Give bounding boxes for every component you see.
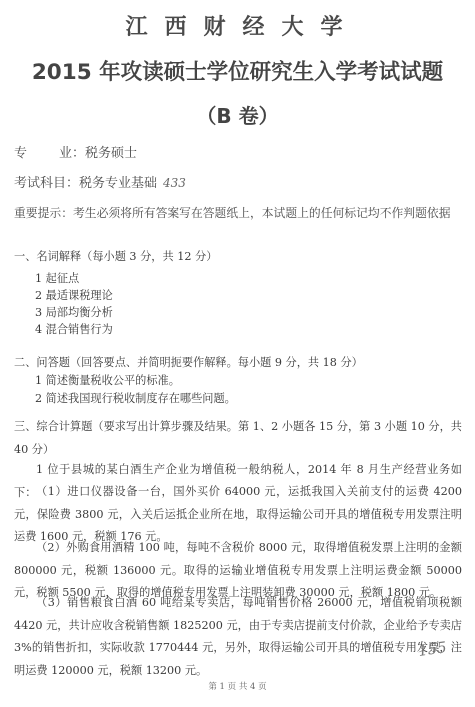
section-2-item: 2 简述我国现行税收制度存在哪些问题。	[35, 390, 236, 406]
major-value: 税务硕士	[85, 146, 137, 161]
major-row: 专业：税务硕士	[14, 142, 137, 161]
subject-label: 考试科目：	[14, 176, 79, 191]
major-label: 专	[14, 146, 27, 161]
section-3-heading: 三、综合计算题（要求写出计算步骤及结果。第 1、2 小题各 15 分，第 3 小…	[14, 416, 462, 461]
section-1-item: 1 起征点	[35, 270, 79, 286]
university-name: 江西财经大学	[0, 10, 475, 41]
section-1-heading: 一、名词解释（每小题 3 分，共 12 分）	[14, 248, 217, 264]
subject-code-handwritten: 433	[163, 176, 186, 190]
subject-row: 考试科目：税务专业基础433	[14, 172, 186, 191]
section-1-item: 2 最适课税理论	[35, 287, 113, 303]
section-1-item: 4 混合销售行为	[35, 321, 113, 337]
exam-page: 江西财经大学 2015 年攻读硕士学位研究生入学考试试题 （B 卷） 专业：税务…	[0, 0, 475, 707]
section-2-item: 1 简述衡量税收公平的标准。	[35, 372, 180, 388]
important-notice: 重要提示：考生必须将所有答案写在答题纸上，本试题上的任何标记均不作判题依据	[14, 204, 451, 221]
subject-value: 税务专业基础	[79, 176, 157, 191]
section-2-heading: 二、问答题（回答要点、并简明扼要作解释。每小题 9 分，共 18 分）	[14, 354, 363, 370]
problem-1-part-3: （3）销售粮食白酒 60 吨给某专卖店，每吨销售价格 26000 元，增值税销项…	[14, 592, 462, 682]
exam-volume: （B 卷）	[0, 100, 475, 129]
section-1-item: 3 局部均衡分析	[35, 304, 113, 320]
major-label-2: 业：	[59, 146, 85, 161]
page-footer: 第 1 页 共 4 页	[0, 680, 475, 692]
exam-title: 2015 年攻读硕士学位研究生入学考试试题	[0, 55, 475, 86]
